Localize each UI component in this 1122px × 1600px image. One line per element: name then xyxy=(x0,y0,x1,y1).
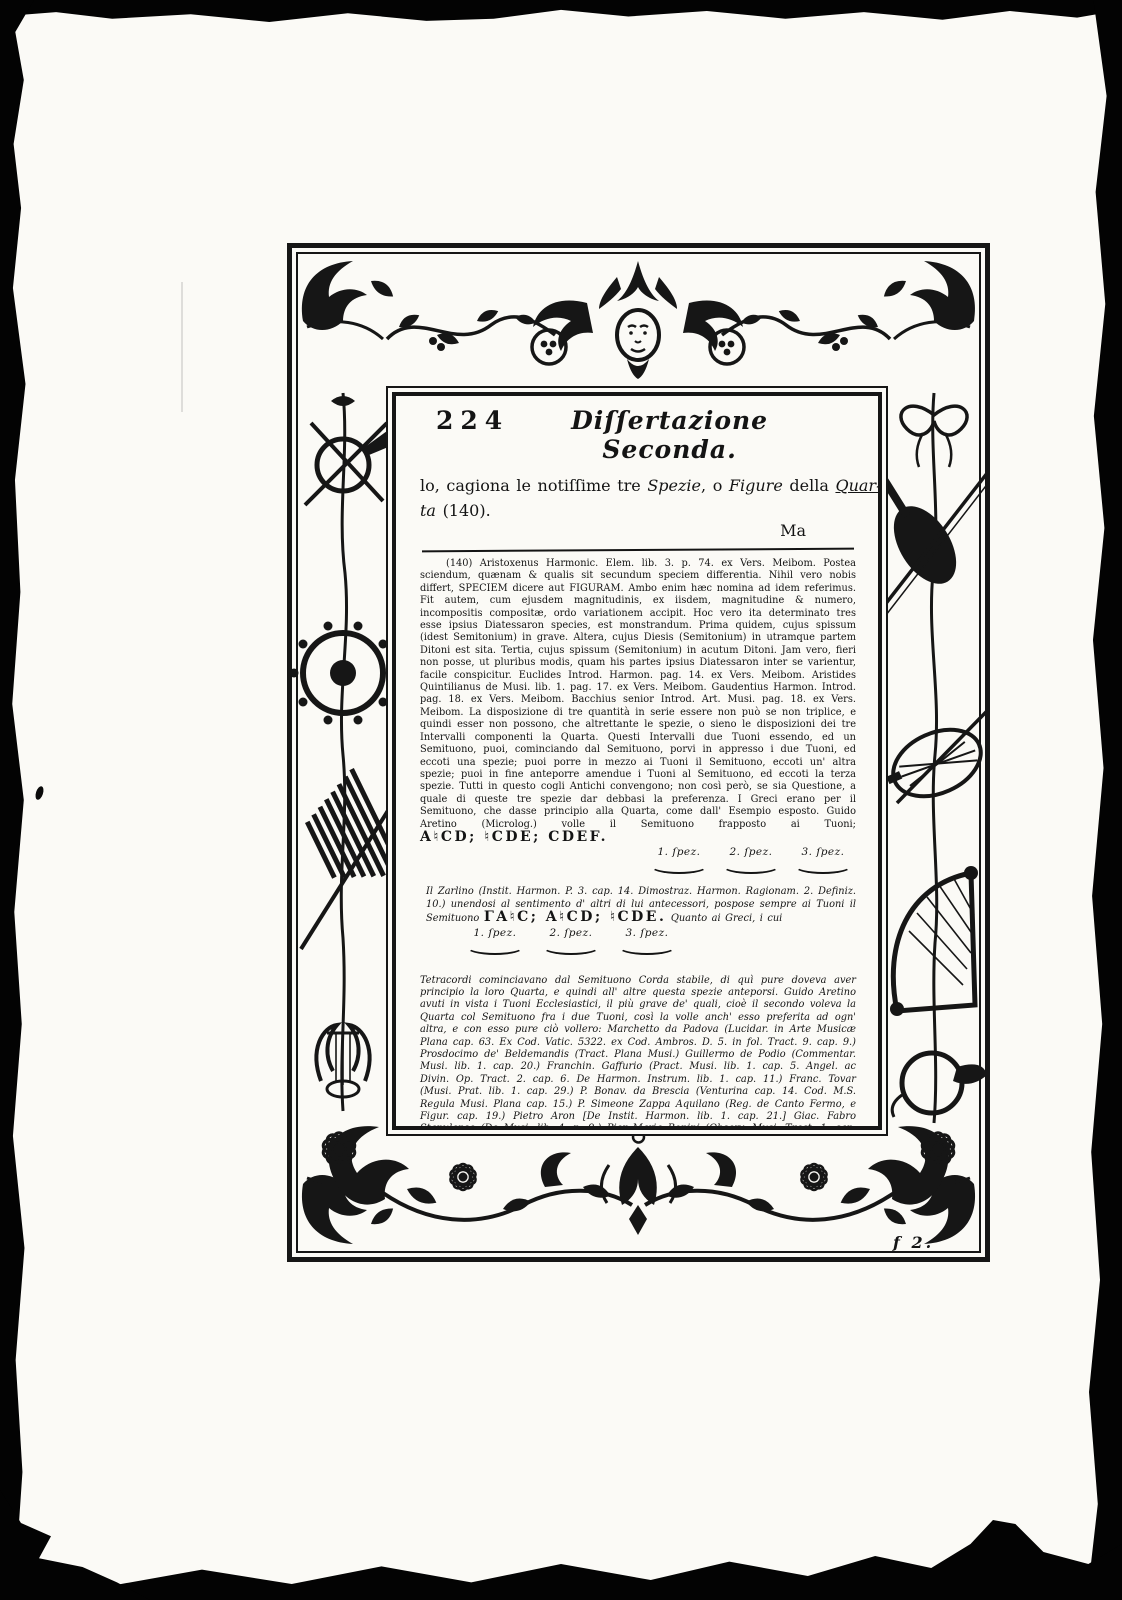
main-text-line-2: ta (140). xyxy=(420,498,856,523)
slur-arc-icon xyxy=(794,858,852,874)
page-number: 224 xyxy=(436,406,509,435)
text-panel: 224 Diſſertazione Seconda. lo, cagiona l… xyxy=(392,392,882,1130)
footnote-paragraph-3: Tetracordi cominciavano dal Semituono Co… xyxy=(420,975,856,1130)
music-notation-2: ΓA♮C; A♮CD; ♮CDE. xyxy=(484,909,667,925)
spezie-label-unit: 1. ſpez. xyxy=(466,927,524,955)
spezie-label-unit: 3. ſpez. xyxy=(794,846,852,874)
spezie-label-unit: 1. ſpez. xyxy=(650,846,708,874)
scan-edge-top xyxy=(0,0,1122,22)
running-head: 224 Diſſertazione Seconda. xyxy=(420,406,856,464)
catchword: Ma xyxy=(420,521,856,540)
spezie-labels-row-1: 1. ſpez. 2. ſpez. 3. ſpez. xyxy=(420,846,856,874)
slur-arc-icon xyxy=(466,939,524,955)
footnote-separator-rule xyxy=(422,548,854,553)
scanned-book-page: 224 Diſſertazione Seconda. lo, cagiona l… xyxy=(0,0,1122,1600)
footnote-paragraph-1: (140) Aristoxenus Harmonic. Elem. lib. 3… xyxy=(420,558,856,845)
footnote-paragraph-2: Il Zarlino (Instit. Harmon. P. 3. cap. 1… xyxy=(426,886,856,925)
spezie-label-unit: 2. ſpez. xyxy=(542,927,600,955)
text-panel-outer-rule: 224 Diſſertazione Seconda. lo, cagiona l… xyxy=(386,386,888,1136)
scan-edge-bottom xyxy=(0,1520,1122,1600)
main-text-line-1: lo, cagiona le notiſſime tre Spezie, o F… xyxy=(420,473,856,498)
spezie-label-unit: 2. ſpez. xyxy=(722,846,780,874)
slur-arc-icon xyxy=(722,858,780,874)
scan-edge-right xyxy=(1078,0,1122,1600)
slur-arc-icon xyxy=(618,939,676,955)
paper-crease xyxy=(181,282,183,412)
scan-edge-left xyxy=(0,0,34,1600)
slur-arc-icon xyxy=(650,858,708,874)
music-notation-1: A♮CD; ♮CDE; CDEF. xyxy=(420,829,608,845)
spezie-label-unit: 3. ſpez. xyxy=(618,927,676,955)
gathering-signature: f 2. xyxy=(893,1233,934,1252)
ink-blot xyxy=(34,785,45,800)
page-title: Diſſertazione Seconda. xyxy=(509,406,830,464)
spezie-labels-row-2: 1. ſpez. 2. ſpez. 3. ſpez. xyxy=(466,927,856,955)
slur-arc-icon xyxy=(542,939,600,955)
